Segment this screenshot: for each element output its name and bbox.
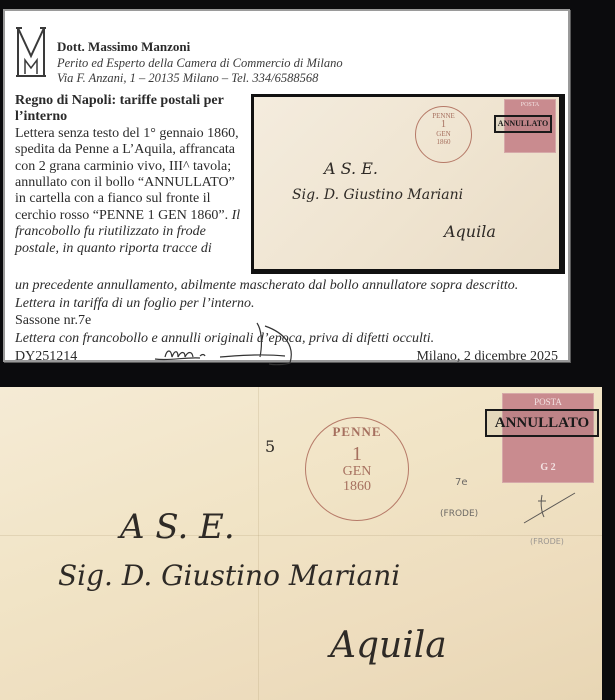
postmark-town: PENNE [306, 424, 408, 440]
expert-address: Via F. Anzani, 1 – 20135 Milano – Tel. 3… [57, 71, 318, 86]
pencil-frode-note: (FRODE) [440, 509, 478, 519]
expert-title: Perito ed Esperto della Camera di Commer… [57, 56, 343, 71]
thumbnail-address-line2: Sig. D. Giustino Mariani [292, 187, 463, 203]
pencil-catalogue-note: 7e [455, 477, 468, 488]
thumbnail-annullato-cancel: ANNULLATO [494, 115, 552, 133]
address-line3: Aquila [330, 625, 447, 666]
tariff-note: Lettera in tariffa di un foglio per l’in… [15, 296, 565, 312]
thumbnail-postmark-day: 1 [416, 120, 471, 130]
postmark-year: 1860 [306, 479, 408, 494]
photo-right-border [602, 387, 615, 700]
thumbnail-stamp-label: POSTA [505, 102, 555, 108]
thumbnail-penne-postmark: PENNE 1 GEN 1860 [415, 106, 472, 163]
address-line2: Sig. D. Giustino Mariani [58, 559, 400, 592]
expert-signature [145, 321, 325, 366]
cover-thumbnail-photo: POSTA ANNULLATO PENNE 1 GEN 1860 A S. E.… [251, 94, 565, 274]
fraud-note-continued: un precedente annullamento, abilmente ma… [15, 278, 565, 294]
pencil-expert-mark [520, 487, 580, 527]
paper-fold-vertical [258, 387, 259, 700]
manuscript-numeral: 5 [265, 437, 275, 456]
certificate-place-date: Milano, 2 dicembre 2025 [416, 349, 558, 365]
stamp-value: G 2 [503, 462, 593, 473]
postmark-day: 1 [306, 444, 408, 464]
stamp-label-posta: POSTA [503, 397, 593, 407]
postmark-month: GEN [306, 464, 408, 479]
penne-postmark: PENNE 1 GEN 1860 [305, 417, 409, 521]
certificate-description: Regno di Napoli: tariffe postali per l’i… [15, 93, 247, 257]
thumbnail-postmark-month: GEN [416, 130, 471, 138]
expert-monogram-logo [15, 26, 47, 78]
two-grana-stamp: POSTA G 2 [502, 393, 594, 483]
expert-name: Dott. Massimo Manzoni [57, 39, 190, 55]
thumbnail-address-line1: A S. E. [324, 159, 378, 178]
certificate-title: Regno di Napoli: tariffe postali per l’i… [15, 93, 247, 126]
certificate-id: DY251214 [15, 349, 77, 365]
cover-thumbnail-paper: POSTA ANNULLATO PENNE 1 GEN 1860 A S. E.… [254, 97, 559, 269]
expert-certificate: Dott. Massimo Manzoni Perito ed Esperto … [3, 9, 570, 362]
thumbnail-address-line3: Aquila [444, 222, 496, 241]
thumbnail-postmark-year: 1860 [416, 138, 471, 146]
description-text: Lettera senza testo del 1° gennaio 1860,… [15, 126, 239, 223]
paper-fold-horizontal [0, 535, 602, 536]
address-line1: A S. E. [120, 507, 235, 547]
pencil-frode-note-faint: (FRODE) [530, 537, 564, 546]
annullato-boxed-cancel: ANNULLATO [485, 409, 599, 437]
cover-photo: POSTA G 2 ANNULLATO PENNE 1 GEN 1860 5 A… [0, 387, 602, 700]
